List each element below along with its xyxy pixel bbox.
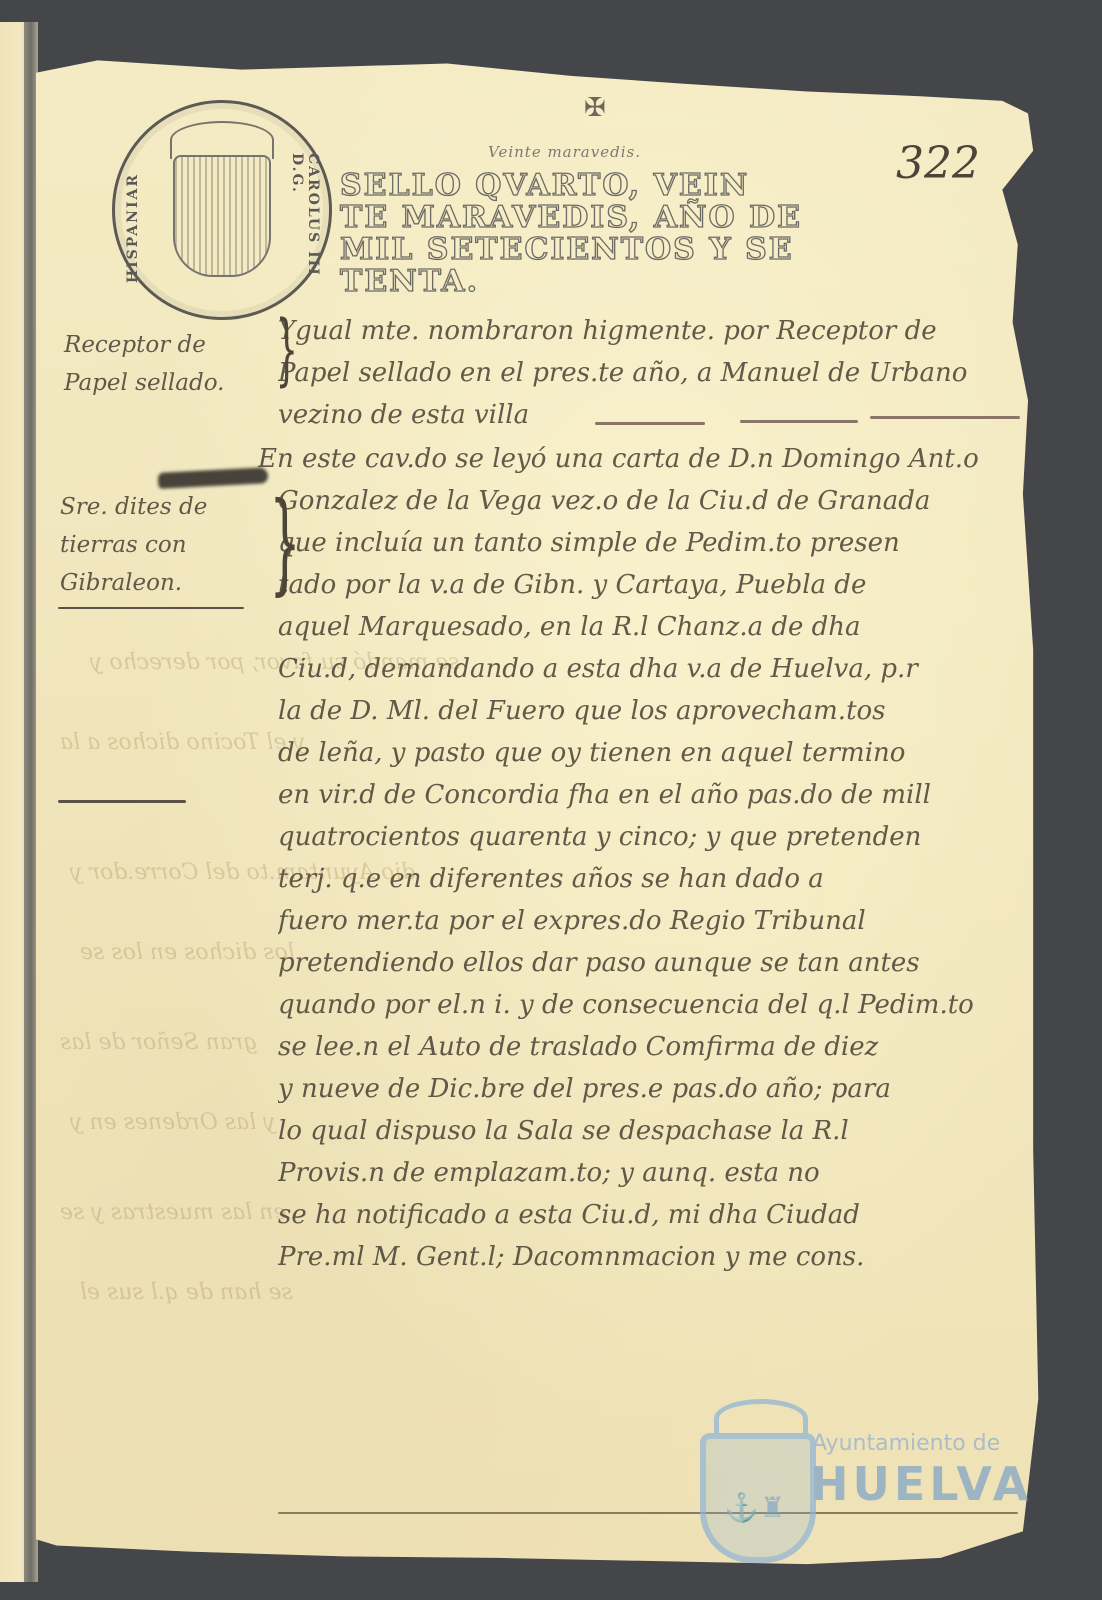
stamp-title: SELLO QVARTO, VEIN TE MARAVEDIS, AÑO DE … bbox=[340, 170, 880, 298]
line-filler-rule bbox=[870, 416, 1020, 419]
royal-seal: HISPANIAR CAROLUS III D.G. bbox=[112, 100, 332, 320]
text-line: se lee.n el Auto de traslado Comfirma de… bbox=[278, 1026, 1023, 1068]
text-line: fuero mer.ta por el expres.do Regio Trib… bbox=[278, 900, 1023, 942]
folio-number: 322 bbox=[896, 138, 980, 189]
text-line: se ha notificado a esta Ciu.d, mi dha Ci… bbox=[278, 1194, 1023, 1236]
margin-note-tierras: Sre. dites de tierras con Gibraleon. bbox=[60, 488, 207, 602]
text-line: la de D. Ml. del Fuero que los aprovecha… bbox=[278, 690, 1023, 732]
margin-underline bbox=[58, 607, 244, 609]
text-line: tado por la v.a de Gibn. y Cartaya, Pueb… bbox=[278, 564, 1023, 606]
seal-legend-right: CAROLUS III D.G. bbox=[289, 153, 321, 317]
text-line: pretendiendo ellos dar paso aunque se ta… bbox=[278, 942, 1023, 984]
watermark-line1: Ayuntamiento de bbox=[812, 1431, 1000, 1456]
seal-legend-left: HISPANIAR bbox=[125, 173, 141, 283]
line-filler-rule bbox=[595, 422, 705, 425]
text-line: En este cav.do se leyó una carta de D.n … bbox=[258, 438, 1023, 480]
tower-icon: ♜ bbox=[760, 1491, 785, 1524]
text-line: Pre.ml M. Gent.l; Dacomnmacion y me cons… bbox=[278, 1236, 1023, 1278]
text-line: aquel Marquesado, en la R.l Chanz.a de d… bbox=[278, 606, 1023, 648]
manuscript-body: Ygual mte. nombraron higmente. por Recep… bbox=[278, 310, 1023, 1278]
text-line: lo qual dispuso la Sala se despachase la… bbox=[278, 1110, 1023, 1152]
text-line: quatrocientos quarenta y cinco; y que pr… bbox=[278, 816, 1023, 858]
text-line: Ciu.d, demandando a esta dha v.a de Huel… bbox=[278, 648, 1023, 690]
binding-gutter bbox=[24, 22, 38, 1582]
text-line: y nueve de Dic.bre del pres.e pas.do año… bbox=[278, 1068, 1023, 1110]
margin-note-receptor: Receptor de Papel sellado. bbox=[64, 326, 224, 402]
text-line: de leña, y pasto que oy tienen en aquel … bbox=[278, 732, 1023, 774]
text-line: Papel sellado en el pres.te año, a Manue… bbox=[278, 352, 1023, 394]
coat-of-arms-icon bbox=[173, 155, 271, 277]
crown-icon bbox=[170, 121, 274, 159]
anchor-icon: ⚓ bbox=[724, 1491, 759, 1524]
watermark-line2: HUELVA bbox=[810, 1457, 1032, 1511]
text-line: Ygual mte. nombraron higmente. por Recep… bbox=[278, 310, 1023, 352]
text-line: en vir.d de Concordia fha en el año pas.… bbox=[278, 774, 1023, 816]
stamp-value-caption: Veinte maravedis. bbox=[488, 143, 641, 161]
archive-watermark: ⚓ ♜ Ayuntamiento de HUELVA bbox=[700, 1395, 1040, 1595]
text-line: que incluía un tanto simple de Pedim.to … bbox=[278, 522, 1023, 564]
text-line: quando por el.n i. y de consecuencia del… bbox=[278, 984, 1023, 1026]
text-line: terj. q.e en diferentes años se han dado… bbox=[278, 858, 1023, 900]
text-line: Provis.n de emplazam.to; y aunq. esta no bbox=[278, 1152, 1023, 1194]
line-filler-rule bbox=[740, 420, 858, 423]
margin-divider bbox=[58, 800, 186, 803]
cross-icon: ✠ bbox=[584, 93, 606, 123]
text-line: Gonzalez de la Vega vez.o de la Ciu.d de… bbox=[278, 480, 1023, 522]
